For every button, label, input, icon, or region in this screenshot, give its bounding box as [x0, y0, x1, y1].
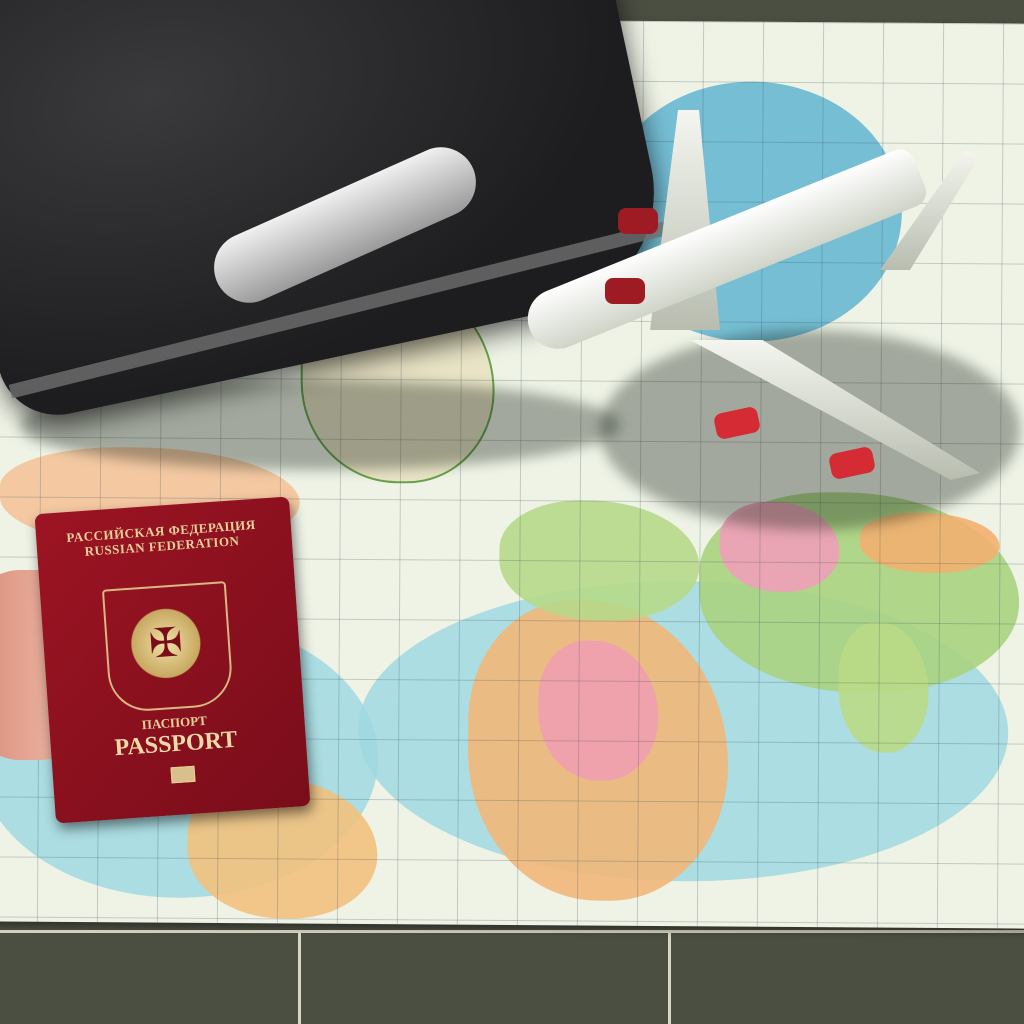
biometric-chip-icon — [170, 766, 195, 784]
travel-scene: PACCИЙCKAЯ ФЕДЕРАЦИЯ RUSSIAN FEDERATION … — [0, 0, 1024, 1024]
passport: PACCИЙCKAЯ ФЕДЕРАЦИЯ RUSSIAN FEDERATION … — [34, 496, 310, 823]
passport-header: PACCИЙCKAЯ ФЕДЕРАЦИЯ RUSSIAN FEDERATION — [56, 516, 268, 561]
